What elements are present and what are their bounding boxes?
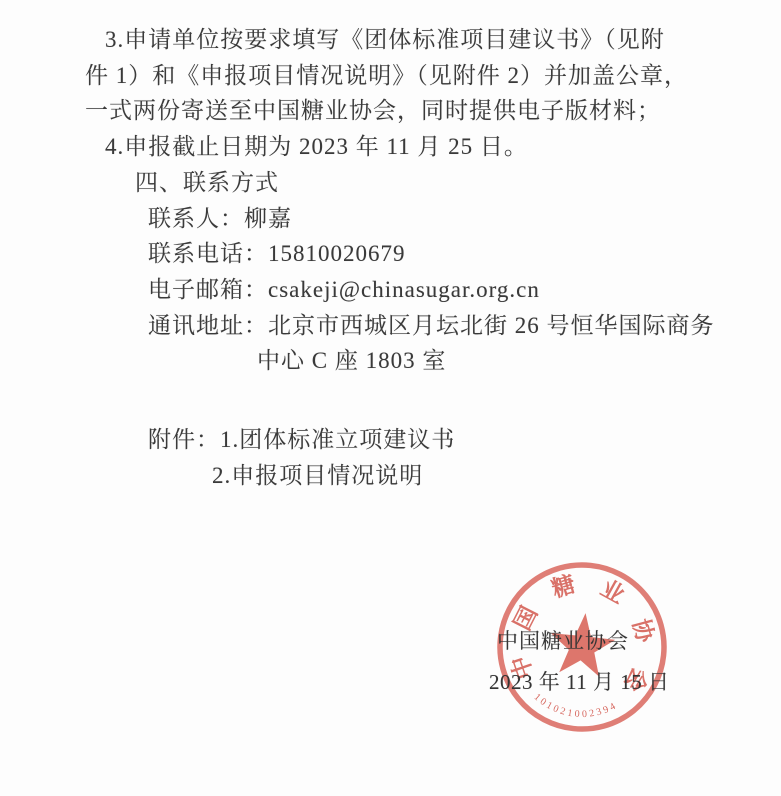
item4-line: 4.申报截止日期为 2023 年 11 月 25 日。 [0, 129, 781, 165]
contact-address-line1: 通讯地址：北京市西城区月坛北街 26 号恒华国际商务 [0, 308, 781, 344]
document-body: 3.申请单位按要求填写《团体标准项目建议书》（见附 件 1）和《申报项目情况说明… [0, 22, 781, 493]
item3-line1: 3.申请单位按要求填写《团体标准项目建议书》（见附 [0, 22, 781, 58]
seal-arc-char: 糖 [549, 570, 579, 602]
contact-person-value: 柳嘉 [244, 206, 292, 231]
contact-address-line2: 中心 C 座 1803 室 [0, 343, 781, 379]
attachment-item-2: 2.申报项目情况说明 [0, 458, 781, 494]
scanned-document-page: 3.申请单位按要求填写《团体标准项目建议书》（见附 件 1）和《申报项目情况说明… [0, 0, 781, 796]
seal-arc-char: 协 [628, 616, 658, 646]
item3-line3: 一式两份寄送至中国糖业协会，同时提供电子版材料； [0, 93, 781, 129]
attachments-line1: 附件：1.团体标准立项建议书 [0, 422, 781, 458]
item3-line2: 件 1）和《申报项目情况说明》（见附件 2）并加盖公章， [0, 58, 781, 94]
contact-person-line: 联系人：柳嘉 [0, 201, 781, 237]
signature-date: 2023 年 11 月 15 日 [489, 666, 669, 696]
contact-email-value: csakeji@chinasugar.org.cn [268, 277, 540, 302]
signature-org-name: 中国糖业协会 [497, 625, 629, 655]
section-heading-contact: 四、联系方式 [0, 165, 781, 201]
seal-arc-char: 业 [596, 575, 628, 608]
contact-email-label: 电子邮箱： [148, 277, 268, 302]
contact-address-value1: 北京市西城区月坛北街 26 号恒华国际商务 [268, 313, 715, 338]
contact-address-label: 通讯地址： [148, 313, 268, 338]
contact-person-label: 联系人： [148, 206, 244, 231]
contact-phone-value: 15810020679 [268, 241, 406, 266]
attachment-item-1: 1.团体标准立项建议书 [220, 427, 455, 452]
contact-phone-label: 联系电话： [148, 241, 268, 266]
attachments-label: 附件： [148, 427, 220, 452]
contact-phone-line: 联系电话：15810020679 [0, 236, 781, 272]
contact-email-line: 电子邮箱：csakeji@chinasugar.org.cn [0, 272, 781, 308]
